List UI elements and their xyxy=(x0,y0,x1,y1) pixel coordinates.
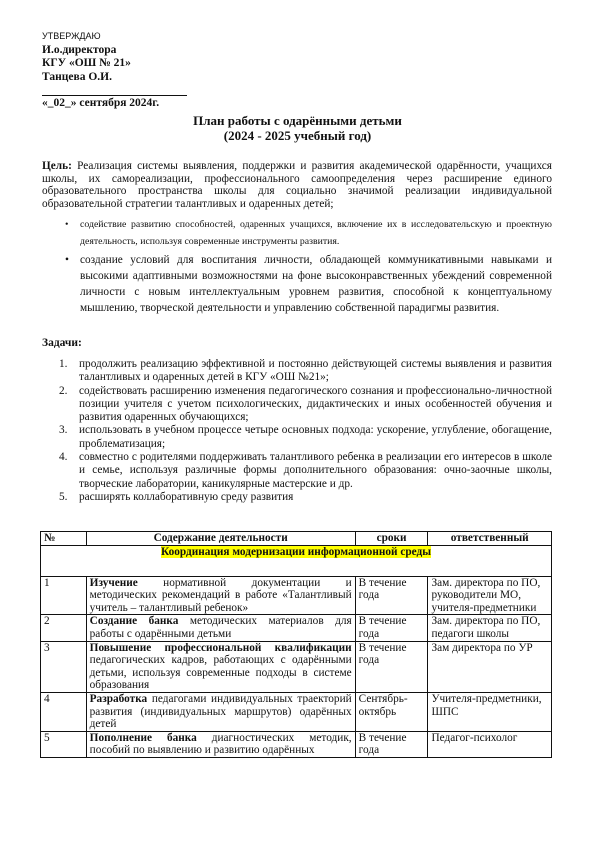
activity-table: № Содержание деятельности сроки ответств… xyxy=(40,531,552,758)
row-content-lead: Повышение профессиональной квалификации xyxy=(90,642,352,654)
task-number: 3. xyxy=(59,424,67,437)
approval-organization: КГУ «ОШ № 21» xyxy=(42,57,131,71)
task-item: 1.продолжить реализацию эффективной и по… xyxy=(79,358,552,385)
row-content: Изучение нормативной документации и мето… xyxy=(86,576,355,615)
table-section-row: Координация модернизации информационной … xyxy=(41,545,552,576)
row-content: Разработка педагогами индивидуальных тра… xyxy=(86,692,355,731)
header-number: № xyxy=(41,532,87,546)
tasks-heading: Задачи: xyxy=(42,337,82,349)
table-row: 2Создание банка методических материалов … xyxy=(41,615,552,641)
row-number: 1 xyxy=(41,576,87,615)
row-responsible: Зам. директора по ПО, руководители МО, у… xyxy=(428,576,552,615)
row-number: 5 xyxy=(41,731,87,757)
row-terms: В течение года xyxy=(355,641,428,692)
approval-caption: УТВЕРЖДАЮ xyxy=(42,30,131,44)
row-content-lead: Разработка xyxy=(90,693,148,705)
row-responsible: Зам. директора по ПО, педагоги школы xyxy=(428,615,552,641)
signature-line xyxy=(42,95,187,96)
task-item: 3.использовать в учебном процессе четыре… xyxy=(79,424,552,451)
task-text: использовать в учебном процессе четыре о… xyxy=(79,424,552,449)
table-row: 1Изучение нормативной документации и мет… xyxy=(41,576,552,615)
row-terms: Сентябрь-октябрь xyxy=(355,692,428,731)
row-content-lead: Изучение xyxy=(90,577,138,589)
document-title: План работы с одарёнными детьми (2024 - … xyxy=(0,113,595,143)
approval-name: Танцева О.И. xyxy=(42,71,131,85)
section-cell: Координация модернизации информационной … xyxy=(41,545,552,576)
task-item: 5.расширять коллаборативную среду развит… xyxy=(79,491,552,504)
page-bottom-margin xyxy=(0,798,595,842)
section-title: Координация модернизации информационной … xyxy=(161,546,431,558)
task-number: 4. xyxy=(59,451,67,464)
row-content-lead: Пополнение банка xyxy=(90,732,197,744)
task-number: 5. xyxy=(59,491,67,504)
table-row: 5Пополнение банка диагностических методи… xyxy=(41,731,552,757)
row-content: Повышение профессиональной квалификации … xyxy=(86,641,355,692)
row-content-lead: Создание банка xyxy=(90,615,179,627)
task-text: расширять коллаборативную среду развития xyxy=(79,491,293,503)
task-text: содействовать расширению изменения педаг… xyxy=(79,385,552,424)
row-terms: В течение года xyxy=(355,576,428,615)
row-content-text: педагогических кадров, работающих с одар… xyxy=(90,654,352,691)
title-line-1: План работы с одарёнными детьми xyxy=(0,113,595,128)
task-number: 1. xyxy=(59,358,67,371)
task-item: 2.содействовать расширению изменения пед… xyxy=(79,385,552,425)
goal-bullet: содействие развитию способностей, одарен… xyxy=(80,216,552,250)
task-item: 4.совместно с родителями поддерживать та… xyxy=(79,451,552,491)
row-content: Пополнение банка диагностических методик… xyxy=(86,731,355,757)
goal-label: Цель: xyxy=(42,160,72,172)
task-number: 2. xyxy=(59,385,67,398)
table-row: 3Повышение профессиональной квалификации… xyxy=(41,641,552,692)
row-number: 2 xyxy=(41,615,87,641)
title-line-2: (2024 - 2025 учебный год) xyxy=(0,128,595,143)
approval-date: «_02_» сентября 2024г. xyxy=(42,97,159,109)
goal-paragraph: Цель: Реализация системы выявления, подд… xyxy=(42,160,552,210)
approval-position: И.о.директора xyxy=(42,44,131,58)
row-terms: В течение года xyxy=(355,731,428,757)
approval-block: УТВЕРЖДАЮ И.о.директора КГУ «ОШ № 21» Та… xyxy=(42,30,131,84)
row-responsible: Учителя-предметники, ШПС xyxy=(428,692,552,731)
row-number: 4 xyxy=(41,692,87,731)
header-content: Содержание деятельности xyxy=(86,532,355,546)
row-responsible: Зам директора по УР xyxy=(428,641,552,692)
row-terms: В течение года xyxy=(355,615,428,641)
goal-text: Реализация системы выявления, поддержки … xyxy=(42,160,552,210)
row-number: 3 xyxy=(41,641,87,692)
header-responsible: ответственный xyxy=(428,532,552,546)
goal-bullets: содействие развитию способностей, одарен… xyxy=(80,216,552,316)
table-row: 4Разработка педагогами индивидуальных тр… xyxy=(41,692,552,731)
tasks-list: 1.продолжить реализацию эффективной и по… xyxy=(79,358,552,504)
goal-bullet: создание условий для воспитания личности… xyxy=(80,252,552,316)
task-text: совместно с родителями поддерживать тала… xyxy=(79,451,552,490)
table-header-row: № Содержание деятельности сроки ответств… xyxy=(41,532,552,546)
header-terms: сроки xyxy=(355,532,428,546)
row-responsible: Педагог-психолог xyxy=(428,731,552,757)
row-content: Создание банка методических материалов д… xyxy=(86,615,355,641)
task-text: продолжить реализацию эффективной и пост… xyxy=(79,358,552,383)
